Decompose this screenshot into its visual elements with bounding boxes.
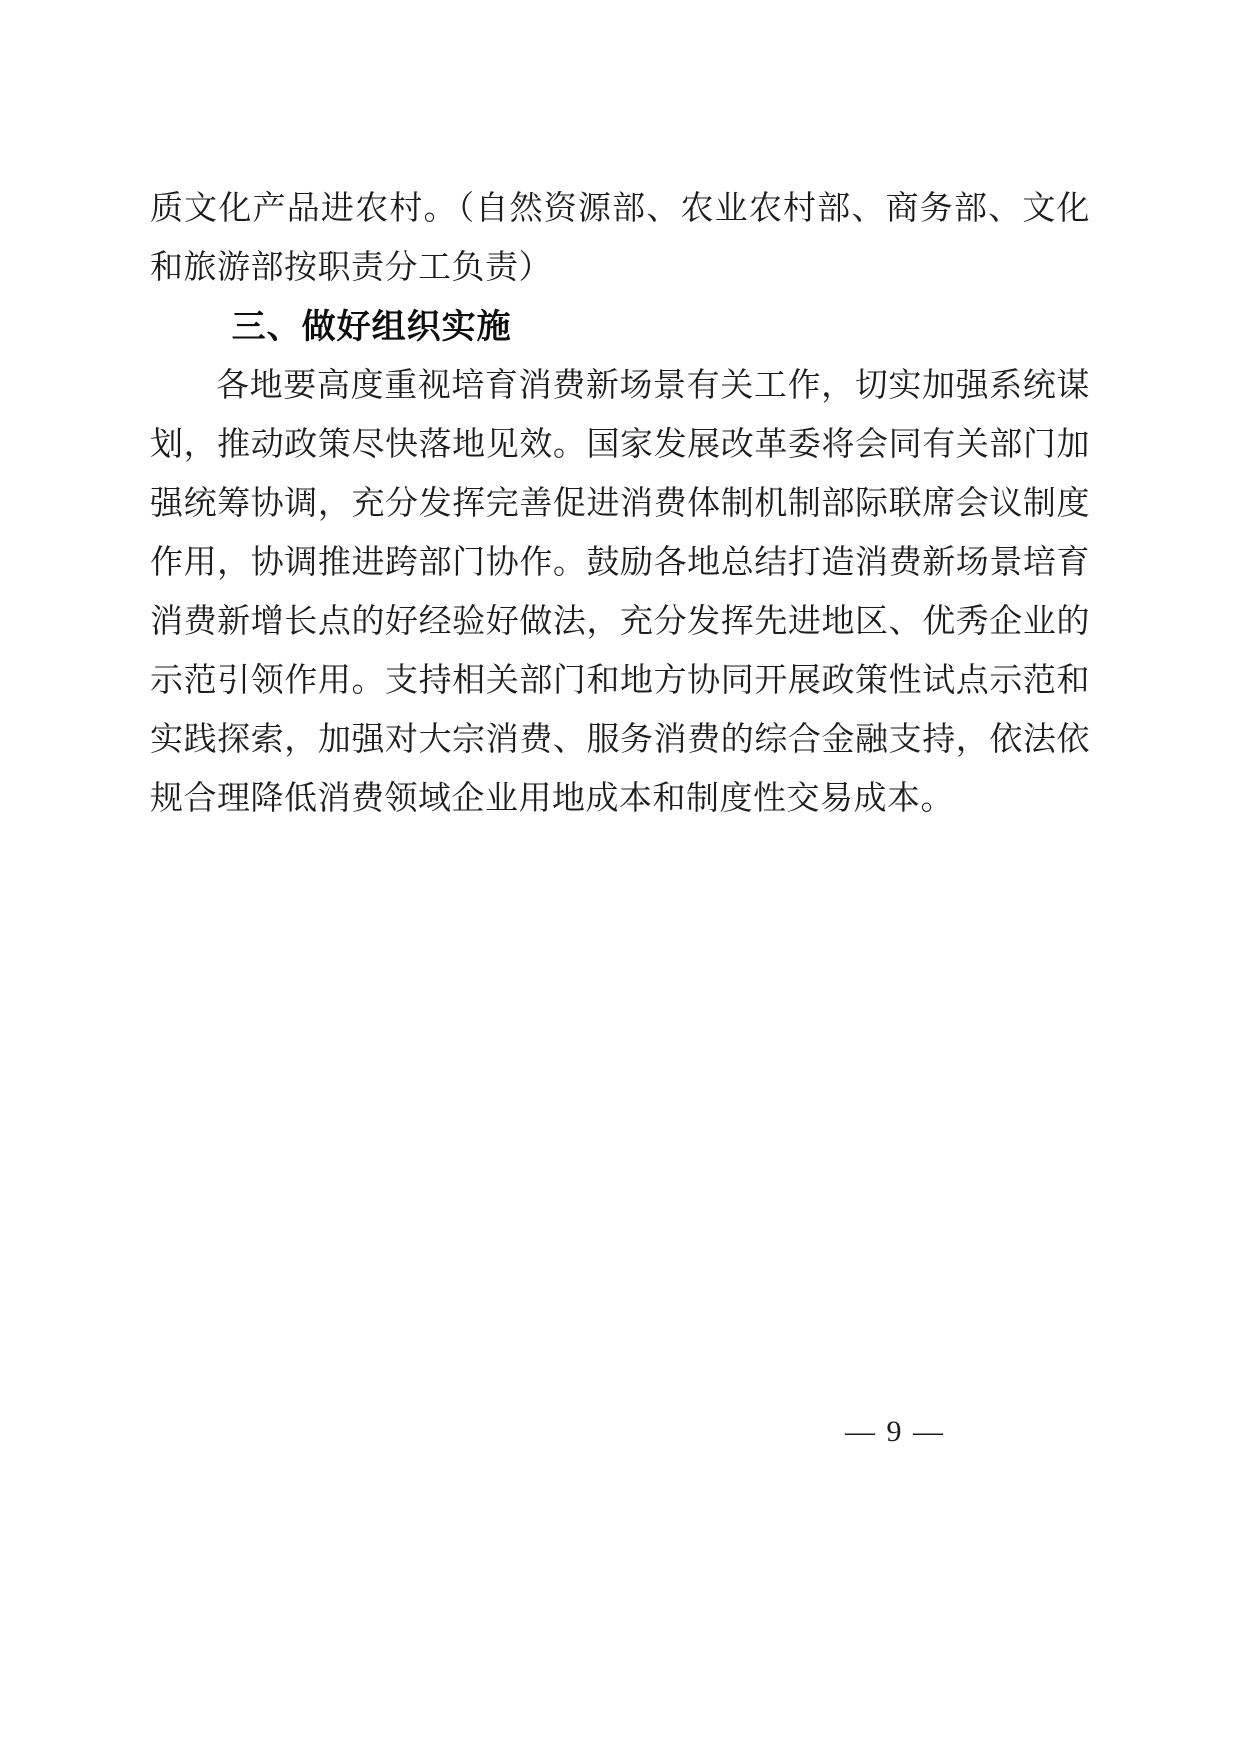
- page-number: — 9 —: [845, 1412, 945, 1452]
- section-heading: 三、做好组织实施: [150, 298, 1090, 357]
- continuation-text: 质文化产品进农村。: [150, 191, 458, 227]
- body-paragraph: 各地要高度重视培育消费新场景有关工作，切实加强系统谋划，推动政策尽快落地见效。国…: [150, 357, 1090, 829]
- continuation-paragraph: 质文化产品进农村。（自然资源部、农业农村部、商务部、文化和旅游部按职责分工负责）: [150, 180, 1090, 298]
- page-content: 质文化产品进农村。（自然资源部、农业农村部、商务部、文化和旅游部按职责分工负责）…: [150, 180, 1090, 829]
- document-page: 质文化产品进农村。（自然资源部、农业农村部、商务部、文化和旅游部按职责分工负责）…: [0, 0, 1240, 1753]
